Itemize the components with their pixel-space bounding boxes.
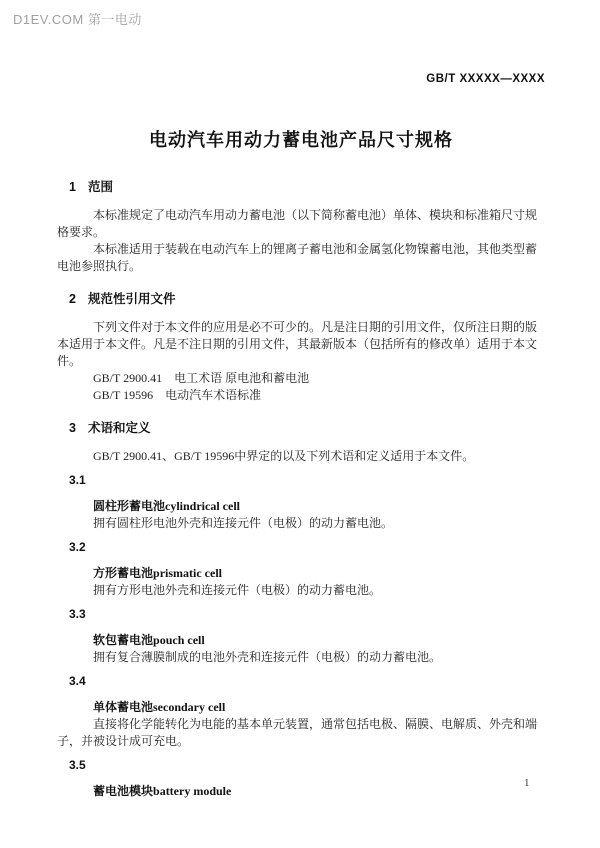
clause-number: 3.3 bbox=[69, 606, 545, 623]
paragraph: 本标准规定了电动汽车用动力蓄电池（以下简称蓄电池）单体、模块和标准箱尺寸规格要求… bbox=[57, 207, 545, 241]
term-definition: 拥有方形电池外壳和连接元件（电极）的动力蓄电池。 bbox=[57, 582, 545, 599]
clause-3-5: 3.5 蓄电池模块battery module bbox=[57, 757, 545, 800]
clause-number: 3.2 bbox=[69, 539, 545, 556]
term-line: 圆柱形蓄电池cylindrical cell bbox=[57, 498, 545, 515]
term-en: secondary cell bbox=[153, 700, 225, 714]
term-zh: 单体蓄电池 bbox=[93, 700, 153, 714]
clause-number: 3.4 bbox=[69, 673, 545, 690]
paragraph: GB/T 2900.41、GB/T 19596中界定的以及下列术语和定义适用于本… bbox=[57, 448, 545, 465]
term-definition: 拥有圆柱形电池外壳和连接元件（电极）的动力蓄电池。 bbox=[57, 515, 545, 532]
term-line: 方形蓄电池prismatic cell bbox=[57, 565, 545, 582]
section-heading: 1范围 bbox=[69, 179, 545, 196]
term-zh: 圆柱形蓄电池 bbox=[93, 499, 165, 513]
term-line: 软包蓄电池pouch cell bbox=[57, 632, 545, 649]
term-zh: 软包蓄电池 bbox=[93, 633, 153, 647]
page-number: 1 bbox=[524, 776, 530, 790]
section-number: 1 bbox=[69, 179, 76, 196]
term-line: 单体蓄电池secondary cell bbox=[57, 699, 545, 716]
term-zh: 方形蓄电池 bbox=[93, 566, 153, 580]
site-watermark: D1EV.COM 第一电动 bbox=[13, 13, 142, 27]
section-heading: 2规范性引用文件 bbox=[69, 291, 545, 308]
section-heading-label: 范围 bbox=[88, 180, 113, 194]
section-number: 2 bbox=[69, 291, 76, 308]
section-heading-label: 规范性引用文件 bbox=[88, 292, 176, 306]
clause-3-4: 3.4 单体蓄电池secondary cell 直接将化学能转化为电能的基本单元… bbox=[57, 673, 545, 750]
paragraph: 本标准适用于装载在电动汽车上的锂离子蓄电池和金属氢化物镍蓄电池，其他类型蓄电池参… bbox=[57, 241, 545, 275]
reference-item: GB/T 2900.41 电工术语 原电池和蓄电池 bbox=[57, 370, 545, 387]
section-heading: 3术语和定义 bbox=[69, 420, 545, 437]
standard-code: GB/T XXXXX—XXXX bbox=[57, 72, 545, 86]
clause-3-3: 3.3 软包蓄电池pouch cell 拥有复合薄膜制成的电池外壳和连接元件（电… bbox=[57, 606, 545, 666]
term-line: 蓄电池模块battery module bbox=[57, 783, 545, 800]
section-heading-label: 术语和定义 bbox=[88, 421, 151, 435]
term-en: pouch cell bbox=[153, 633, 205, 647]
section-scope: 1范围 本标准规定了电动汽车用动力蓄电池（以下简称蓄电池）单体、模块和标准箱尺寸… bbox=[57, 179, 545, 275]
term-en: cylindrical cell bbox=[165, 499, 240, 513]
paragraph: 下列文件对于本文件的应用是必不可少的。凡是注日期的引用文件，仅所注日期的版本适用… bbox=[57, 319, 545, 370]
term-en: prismatic cell bbox=[153, 566, 222, 580]
reference-item: GB/T 19596 电动汽车术语标准 bbox=[57, 387, 545, 404]
term-definition: 直接将化学能转化为电能的基本单元装置，通常包括电极、隔膜、电解质、外壳和端子，并… bbox=[57, 716, 545, 750]
term-zh: 蓄电池模块 bbox=[93, 784, 153, 798]
clause-3-1: 3.1 圆柱形蓄电池cylindrical cell 拥有圆柱形电池外壳和连接元… bbox=[57, 472, 545, 532]
document-page: D1EV.COM 第一电动 GB/T XXXXX—XXXX 电动汽车用动力蓄电池… bbox=[0, 0, 600, 848]
clause-3-2: 3.2 方形蓄电池prismatic cell 拥有方形电池外壳和连接元件（电极… bbox=[57, 539, 545, 599]
document-title: 电动汽车用动力蓄电池产品尺寸规格 bbox=[57, 127, 545, 153]
clause-number: 3.5 bbox=[69, 757, 545, 774]
section-normative-references: 2规范性引用文件 下列文件对于本文件的应用是必不可少的。凡是注日期的引用文件，仅… bbox=[57, 291, 545, 404]
term-en: battery module bbox=[153, 784, 231, 798]
section-number: 3 bbox=[69, 420, 76, 437]
term-definition: 拥有复合薄膜制成的电池外壳和连接元件（电极）的动力蓄电池。 bbox=[57, 649, 545, 666]
section-terms-and-definitions: 3术语和定义 GB/T 2900.41、GB/T 19596中界定的以及下列术语… bbox=[57, 420, 545, 465]
clause-number: 3.1 bbox=[69, 472, 545, 489]
